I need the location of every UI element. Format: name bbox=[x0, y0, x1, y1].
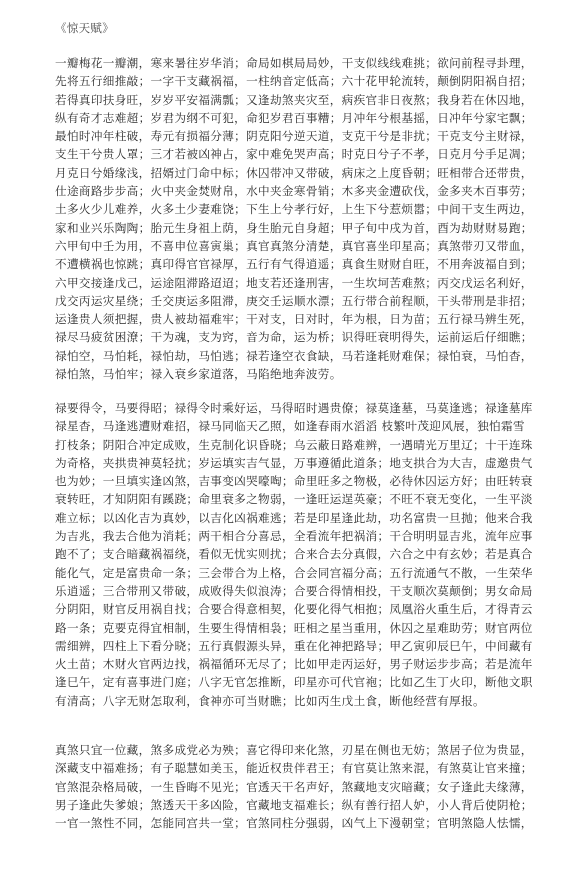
text-line: 禄怕空，马怕耗，禄怕劫，马怕逃；禄若逢空衣食缺，马若逢耗财难保；禄怕衰，马怕杳， bbox=[55, 347, 565, 365]
text-line: 为吉兆，我去合他为消耗；两干相合分喜忌，全看流年把祸消；干合明明显吉兆，流年应事 bbox=[55, 527, 565, 545]
text-line: 先将五行细推敲；一字干支藏祸福，一柱纳音定低高；六十花甲轮流转，颠倒阴阳祸自招； bbox=[55, 72, 565, 90]
text-line: 能化气，定是富贵命一条；三会带合为上格，合会同宫福分高；五行流通气不散，一生荣华 bbox=[55, 564, 565, 582]
text-line: 路一条；克要克得宜相制，生要生得情相袅；旺相之星当重用，休囚之星难助劳；财官两位 bbox=[55, 619, 565, 637]
text-line: 分阴阳，财官反用祸自找；合要合得意相契，化要化得气相抱；凤凰浴火重生后，才得青云 bbox=[55, 600, 565, 618]
text-line: 运逢贵人须把握，贵人被劫福难牢；干对支，日对时，年为根，日为苗；五行禄马辨生死， bbox=[55, 310, 565, 328]
text-line: 禄尽马疲贫困潦；干为魂，支为窍，音为命，运为桥；识得旺衰明得失，运前运后仔细瞧； bbox=[55, 328, 565, 346]
paragraph-2: 禄要得令，马要得昭；禄得令时乘好运，马得昭时遇贵僚；禄莫逢墓，马莫逢逃；禄逢墓库… bbox=[55, 399, 565, 710]
text-line: 月克日兮婚缘浅，招婿过门命中标；休囚带冲又带破，病床之上度昏朝；旺相带合还带贵， bbox=[55, 164, 565, 182]
text-line: 禄怕煞，马怕牢；禄入衰乡家道落，马陷绝地奔波劳。 bbox=[55, 365, 565, 383]
text-line: 真煞只宜一位藏，煞多成党必为殃；喜它得印来化煞，刃星在侧也无妨；煞居子位为贵显， bbox=[55, 741, 565, 759]
text-line: 六甲旬中壬为用，不喜申位喜寅巢；真官真煞分清楚，真官喜坐印星高；真煞带刃又带血， bbox=[55, 237, 565, 255]
text-line: 需细辨，四柱上下看分晓；五行真假源头异，重在化神把路导；甲乙寅卯辰巳午，中间藏有 bbox=[55, 637, 565, 655]
paragraph-3: 真煞只宜一位藏，煞多成党必为殃；喜它得印来化煞，刃星在侧也无妨；煞居子位为贵显，… bbox=[55, 741, 565, 832]
text-line: 跑不了；支合暗藏祸福绕，看似无忧实则扰；合来合去分真假，六合之中有玄妙；若是真合 bbox=[55, 545, 565, 563]
text-line: 男子逢此失爹娘；煞透天干多凶险，官藏地支福难长；纵有善行招人妒，小人背后使阴枪； bbox=[55, 796, 565, 814]
text-line: 最怕时冲年柱破，寿元有损福分薄；阴克阳兮逆天道，支克干兮是非扰；干克支兮主财禄， bbox=[55, 127, 565, 145]
text-line: 若得真印扶身旺，岁岁平安福满瓢；又逢劫煞夹灾至，病疾官非日夜熬；我身若在休囚地， bbox=[55, 91, 565, 109]
text-line: 六甲交接逢戊己，运途阻滞路迢迢；地支若还逢刑害，一生坎坷苦难熬；丙交戊运名利好， bbox=[55, 274, 565, 292]
text-line: 仕途商路步步高；火中夹金焚财帛，水中夹金寒骨销；木多夹金遭砍伐，金多夹木百事劳； bbox=[55, 182, 565, 200]
text-line: 戊交丙运灾星绕；壬交庚运多阻滞，庚交壬运顺水漂；五行带合前程顺，干头带刑是非招； bbox=[55, 292, 565, 310]
text-line: 有清高；八字无财怎取利，食神亦可当财瞧；比如丙生戊土食，断他经营有厚报。 bbox=[55, 692, 565, 710]
text-line: 官煞混杂格局破，一生昏晦不见光；官透天干名声好，煞藏地支灾暗藏；女子逢此夫缘薄， bbox=[55, 778, 565, 796]
text-line: 也为妙；一旦填实逢凶煞，吉事变凶哭嚎啕；命里旺多之物极，必待休囚运方好；由旺转衰 bbox=[55, 472, 565, 490]
document-title: 《惊天赋》 bbox=[55, 20, 114, 36]
text-line: 衰转旺，才知阴阳有蹊跷；命里衰多之物弱，一逢旺运逞英豪；不旺不衰无变化，一生平淡 bbox=[55, 490, 565, 508]
text-line: 禄要得令，马要得昭；禄得令时乘好运，马得昭时遇贵僚；禄莫逢墓，马莫逢逃；禄逢墓库 bbox=[55, 399, 565, 417]
text-line: 深藏支中福难扬；有子聪慧如美玉，能近权贵伴君王；有官莫让煞来混，有煞莫让官来撞； bbox=[55, 759, 565, 777]
text-line: 打枝条；阴阳合冲定成败，生克制化识昏晓；乌云蔽日路难辨，一遇晴光万里辽；十干连珠 bbox=[55, 436, 565, 454]
text-line: 火土苗；木财火官两边找，祸福循环无尽了；比如甲走丙运好，男子财运步步高；若是流年 bbox=[55, 655, 565, 673]
text-line: 不遭横祸也惊跳；真印得官官禄厚，五行有气得逍遥；真食生财财自旺，不用奔波福自到； bbox=[55, 255, 565, 273]
text-line: 乐逍遥；三合带刑又带破，成败得失似浪涛；合要合得情相投，干支顺次莫颠倒；男女命局 bbox=[55, 582, 565, 600]
text-line: 支生干兮贵人罩；三才若被凶神占，家中难免哭声高；时克日兮子不孝，日克月兮手足凋； bbox=[55, 145, 565, 163]
text-line: 逢巳午，定有喜事进门庭；八字无官怎推断，印星亦可代官袍；比如乙生丁火印，断他文职 bbox=[55, 673, 565, 691]
text-line: 为奇格，夹拱贵神莫轻扰；岁运填实吉气显，万事遵循此道条；地支拱合为大吉，虚邀贵气 bbox=[55, 454, 565, 472]
text-line: 难立标；以凶化吉为真妙，以吉化凶祸难逃；若是印星逢此劫，功名富贵一旦抛；他来合我 bbox=[55, 509, 565, 527]
text-line: 一瓣梅花一瓣潮，寒来暑往岁华消；命局如棋局局妙，干支似线线难挑；欲问前程寻卦理， bbox=[55, 54, 565, 72]
text-line: 一官一煞性不同，怎能同宫共一堂；官煞同柱分强弱，凶气上下漫朝堂；官明煞隐人怯懦， bbox=[55, 814, 565, 832]
text-line: 土多火少儿难养，火多土少妻难饶；下生上兮孝行好，上生下兮惹烦嚣；中间干支生两边， bbox=[55, 200, 565, 218]
text-line: 禄星杳，马逢逃遭财难招，禄马同临天乙照，如逢春雨水滔滔 枝繁叶茂迎风展，独怕霜雪 bbox=[55, 417, 565, 435]
text-line: 家和业兴乐陶陶；胎元生身祖上荫，身生胎元自身超；甲子旬中戌为首，酉为劫财财易跑； bbox=[55, 219, 565, 237]
text-line: 纵有奇才志难超；岁君为纲不可犯，命犯岁君百事糟；月冲年兮根基摇，日冲年兮家宅飘； bbox=[55, 109, 565, 127]
paragraph-1: 一瓣梅花一瓣潮，寒来暑往岁华消；命局如棋局局妙，干支似线线难挑；欲问前程寻卦理，… bbox=[55, 54, 565, 383]
